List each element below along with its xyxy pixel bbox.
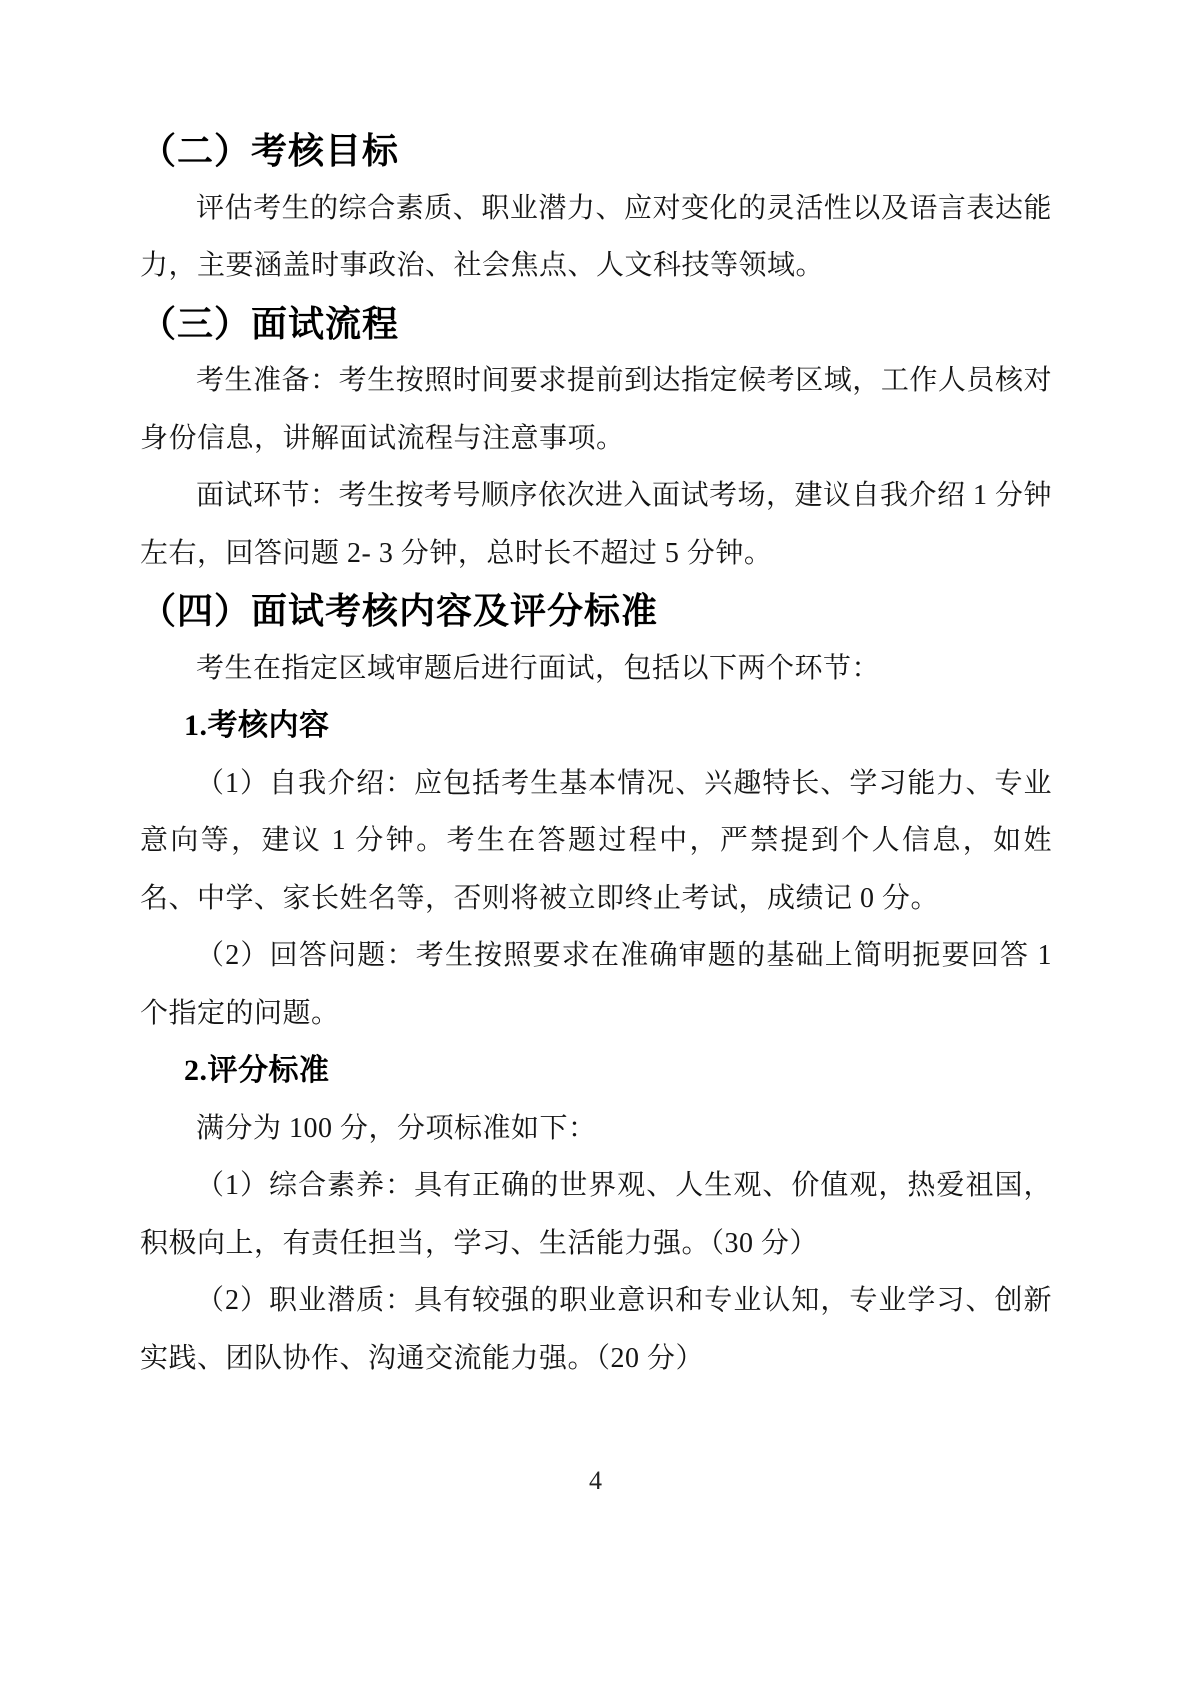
paragraph-candidate-preparation: 考生准备：考生按照时间要求提前到达指定候考区域，工作人员核对身份信息，讲解面试流…: [140, 352, 1052, 467]
paragraph-interview-step: 面试环节：考生按考号顺序依次进入面试考场，建议自我介绍 1 分钟左右，回答问题 …: [140, 467, 1052, 582]
paragraph-two-steps-intro: 考生在指定区域审题后进行面试，包括以下两个环节：: [140, 640, 1052, 698]
document-page: （二）考核目标 评估考生的综合素质、职业潜力、应对变化的灵活性以及语言表达能力，…: [0, 0, 1191, 1684]
paragraph-self-introduction: （1）自我介绍：应包括考生基本情况、兴趣特长、学习能力、专业意向等，建议 1 分…: [140, 755, 1052, 928]
subheading-scoring-standard: 2.评分标准: [140, 1042, 1052, 1100]
section-heading-assessment-goal: （二）考核目标: [140, 122, 1052, 180]
document-content: （二）考核目标 评估考生的综合素质、职业潜力、应对变化的灵活性以及语言表达能力，…: [140, 122, 1052, 1387]
section-heading-content-and-scoring: （四）面试考核内容及评分标准: [140, 582, 1052, 640]
page-number: 4: [0, 1466, 1191, 1496]
subheading-assessment-content: 1.考核内容: [140, 697, 1052, 755]
paragraph-answer-question: （2）回答问题：考生按照要求在准确审题的基础上简明扼要回答 1 个指定的问题。: [140, 927, 1052, 1042]
paragraph-professional-potential: （2）职业潜质：具有较强的职业意识和专业认知，专业学习、创新实践、团队协作、沟通…: [140, 1272, 1052, 1387]
paragraph-total-score: 满分为 100 分，分项标准如下：: [140, 1100, 1052, 1158]
paragraph-comprehensive-quality: （1）综合素养：具有正确的世界观、人生观、价值观，热爱祖国，积极向上，有责任担当…: [140, 1157, 1052, 1272]
section-heading-interview-process: （三）面试流程: [140, 295, 1052, 353]
paragraph-assessment-goal: 评估考生的综合素质、职业潜力、应对变化的灵活性以及语言表达能力，主要涵盖时事政治…: [140, 180, 1052, 295]
